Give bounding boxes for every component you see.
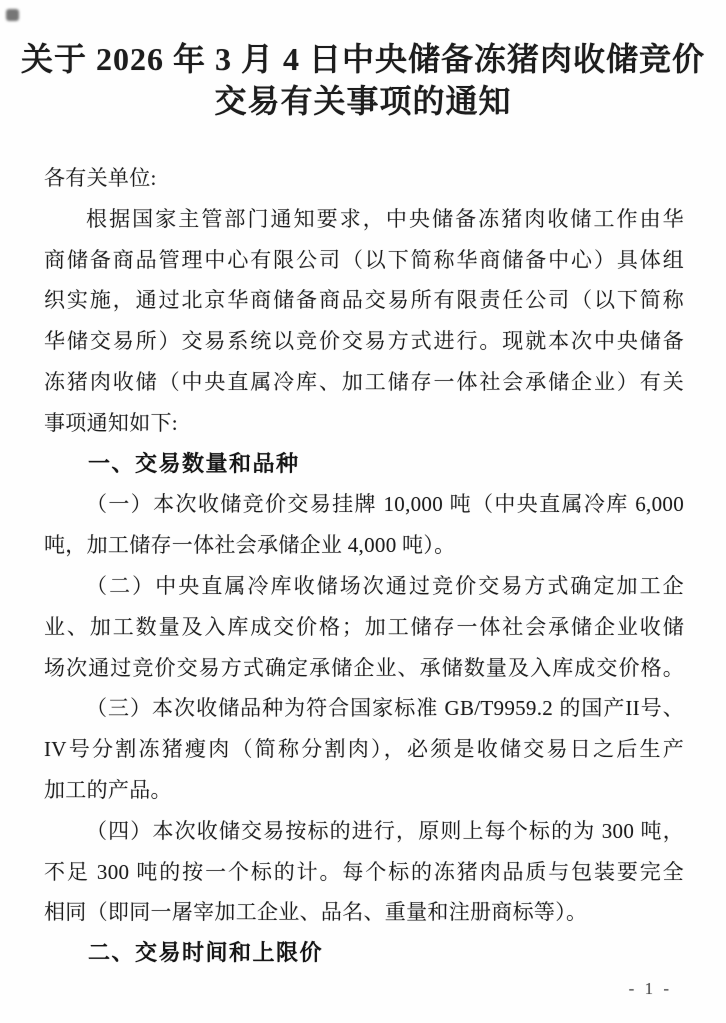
paragraph-1-line: 商储备商品管理中心有限公司（以下简称华商储备中心）具体组 xyxy=(44,240,684,281)
salutation: 各有关单位: xyxy=(44,158,684,199)
paragraph-1-line: 冻猪肉收储（中央直属冷库、加工储存一体社会承储企业）有关 xyxy=(44,362,684,403)
item-4-line: （四）本次收储交易按标的进行，原则上每个标的为 300 吨， xyxy=(44,811,684,852)
section-heading-2: 二、交易时间和上限价 xyxy=(44,933,684,974)
item-4-line: 相同（即同一屠宰加工企业、品名、重量和注册商标等）。 xyxy=(44,892,684,933)
item-4-line: 不足 300 吨的按一个标的计。每个标的冻猪肉品质与包装要完全 xyxy=(44,852,684,893)
paragraph-1-line: 织实施，通过北京华商储备商品交易所有限责任公司（以下简称 xyxy=(44,280,684,321)
document-body: 各有关单位: 根据国家主管部门通知要求，中央储备冻猪肉收储工作由华 商储备商品管… xyxy=(44,158,684,974)
title-line-1: 关于 2026 年 3 月 4 日中央储备冻猪肉收储竞价 xyxy=(0,38,726,80)
item-3-line: IV号分割冻猪瘦肉（简称分割肉），必须是收储交易日之后生产 xyxy=(44,729,684,770)
paragraph-1-line: 华储交易所）交易系统以竞价交易方式进行。现就本次中央储备 xyxy=(44,321,684,362)
item-2-line: （二）中央直属冷库收储场次通过竞价交易方式确定加工企 xyxy=(44,566,684,607)
paragraph-1-line: 事项通知如下: xyxy=(44,403,684,444)
item-1-line: （一）本次收储竞价交易挂牌 10,000 吨（中央直属冷库 6,000 xyxy=(44,484,684,525)
item-3-line: （三）本次收储品种为符合国家标准 GB/T9959.2 的国产II号、 xyxy=(44,688,684,729)
item-2-line: 场次通过竞价交易方式确定承储企业、承储数量及入库成交价格。 xyxy=(44,648,684,689)
item-1-line: 吨，加工储存一体社会承储企业 4,000 吨）。 xyxy=(44,525,684,566)
item-2-line: 业、加工数量及入库成交价格；加工储存一体社会承储企业收储 xyxy=(44,607,684,648)
item-3-line: 加工的产品。 xyxy=(44,770,684,811)
paragraph-1-line: 根据国家主管部门通知要求，中央储备冻猪肉收储工作由华 xyxy=(44,199,684,240)
title-line-2: 交易有关事项的通知 xyxy=(0,80,726,122)
section-heading-1: 一、交易数量和品种 xyxy=(44,444,684,485)
page-number: - 1 - xyxy=(629,979,672,999)
scan-artifact xyxy=(6,9,19,21)
page-title: 关于 2026 年 3 月 4 日中央储备冻猪肉收储竞价 交易有关事项的通知 xyxy=(0,38,726,122)
document-page: 关于 2026 年 3 月 4 日中央储备冻猪肉收储竞价 交易有关事项的通知 各… xyxy=(0,0,726,1023)
